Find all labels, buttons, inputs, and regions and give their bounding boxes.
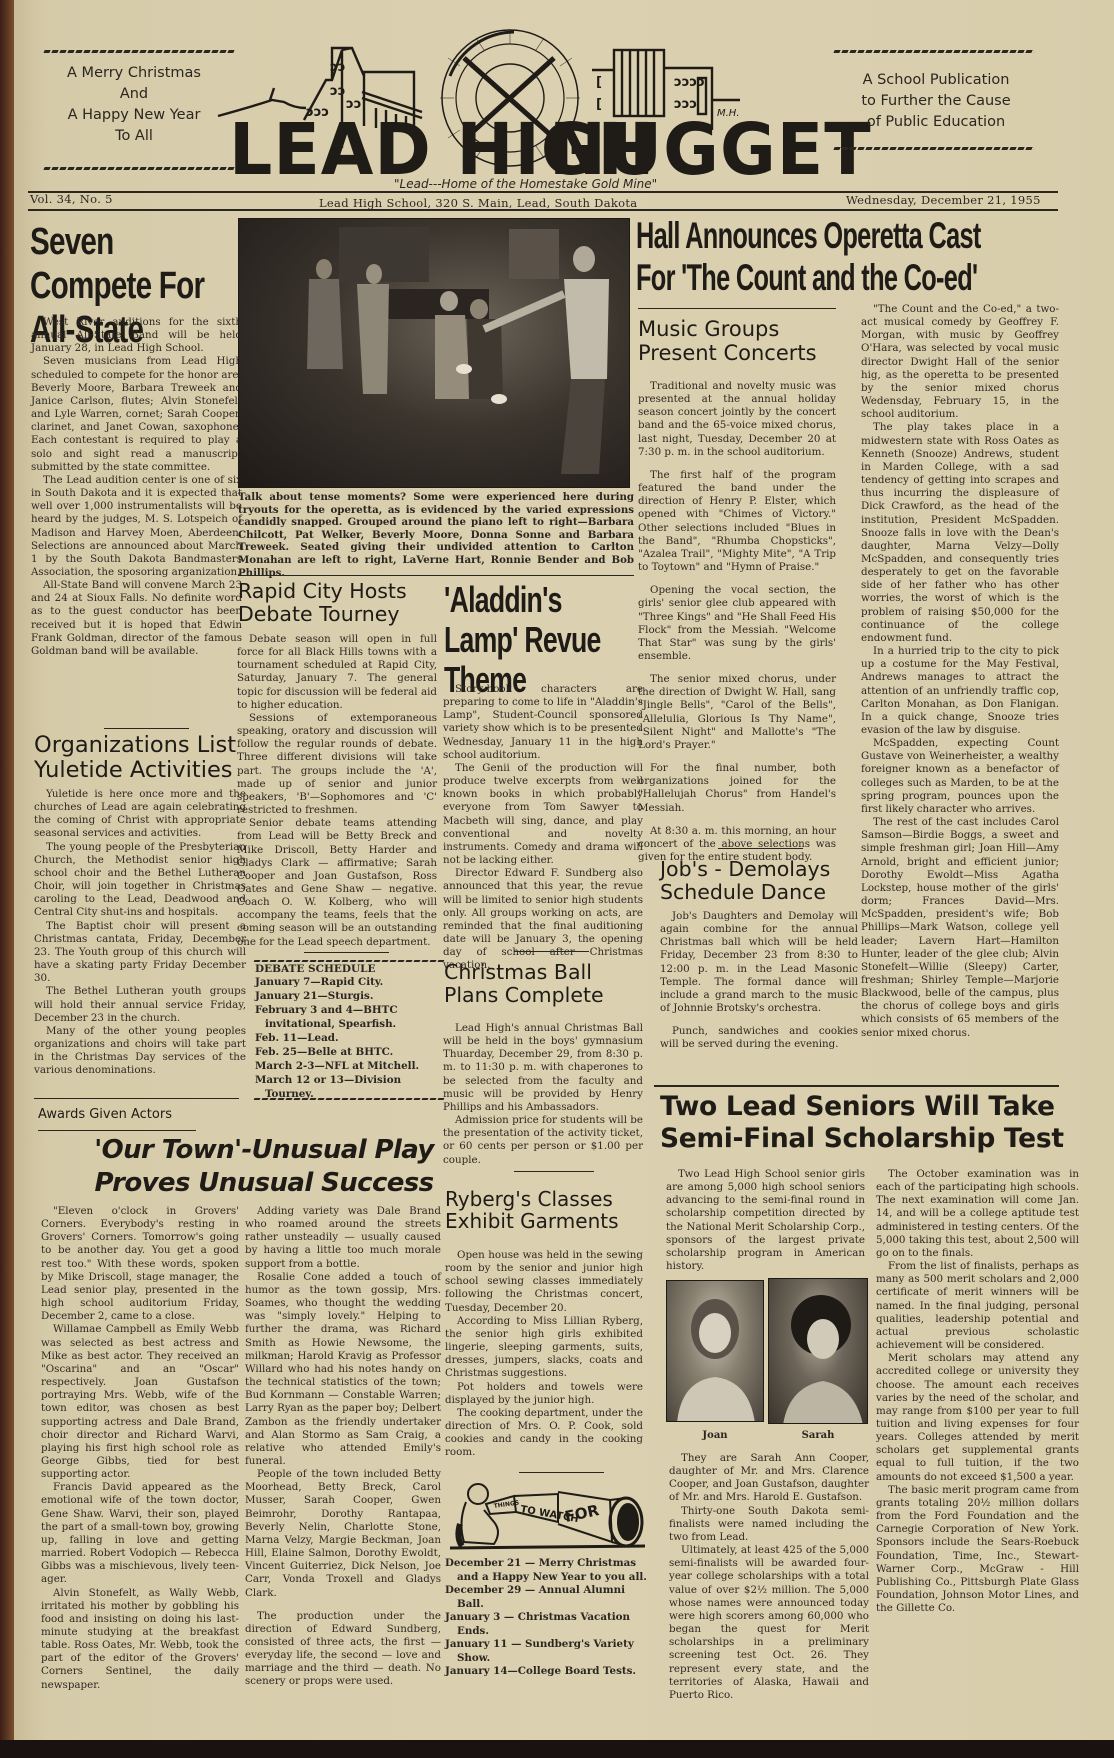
article-divider (514, 951, 589, 952)
paragraph: The first half of the program featured t… (638, 469, 836, 574)
ear-line: A Merry Christmas (34, 63, 234, 84)
ear-rule-top-right (833, 50, 1034, 53)
paragraph: Sessions of extemporaneous speaking, ora… (237, 712, 437, 817)
paragraph: Admission price for students will be the… (443, 1114, 643, 1167)
paragraph: Adding variety was Dale Brand who roamed… (245, 1205, 441, 1271)
paragraph: Story-book characters are preparing to c… (443, 683, 643, 762)
paragraph: Debate season will open in full force fo… (237, 633, 437, 712)
photo-caption: Talk about tense moments? Some were expe… (238, 491, 634, 579)
kicker-rule-bottom (38, 1130, 196, 1131)
schedule-item: March 2-3—NFL at Mitchell. (255, 1059, 447, 1073)
article-scholarship-col2: The October examination was in each of t… (876, 1168, 1079, 1615)
schedule-rule-bottom (254, 1098, 445, 1100)
paragraph: Pot holders and towels were displayed by… (445, 1381, 643, 1407)
paragraph: The October examination was in each of t… (876, 1168, 1079, 1260)
headline-divider (638, 308, 836, 309)
school-address: Lead High School, 320 S. Main, Lead, Sou… (319, 196, 637, 210)
headline-jobs-demolays: Job's - Demolays Schedule Dance (660, 858, 870, 904)
volume-number: Vol. 34, No. 5 (30, 192, 113, 206)
paragraph: The Lead audition center is one of six i… (31, 474, 242, 579)
watch-item: December 29 — Annual Alumni Ball. (445, 1584, 650, 1611)
schedule-item: February 3 and 4—BHTC invitational, Spea… (255, 1003, 447, 1031)
paragraph: From the list of finalists, perhaps as m… (876, 1260, 1079, 1352)
headline-operetta: Hall Announces Operetta Cast For 'The Co… (636, 215, 1020, 299)
svg-text:ɔɔ: ɔɔ (330, 60, 345, 75)
paragraph: The Baptist choir will present a Christm… (34, 920, 246, 986)
paragraph: They are Sarah Ann Cooper, daughter of M… (669, 1452, 869, 1505)
article-our-town-col1: "Eleven o'clock in Grovers' Corners. Eve… (41, 1205, 239, 1692)
headline-aladdin: 'Aladdin's Lamp' Revue Theme (444, 580, 636, 700)
ear-line: A School Publication (836, 70, 1036, 91)
photo-label-joan: Joan (666, 1430, 764, 1441)
watch-item: January 3 — Christmas Vacation Ends. (445, 1611, 650, 1638)
article-operetta: "The Count and the Co-ed," a two-act mus… (861, 303, 1059, 1040)
folio-rule-bottom (28, 209, 1058, 211)
article-divider (304, 952, 389, 953)
right-ear: A School Publication to Further the Caus… (836, 70, 1036, 133)
paragraph: Many of the other young peoples organiza… (34, 1025, 246, 1078)
paragraph: Ultimately, at least 425 of the 5,000 se… (669, 1544, 869, 1702)
headline-ryberg: Ryberg's Classes Exhibit Garments (445, 1188, 645, 1233)
headline-christmas-ball: Christmas Ball Plans Complete (444, 961, 644, 1007)
paragraph: Punch, sandwiches and cookies will be se… (660, 1025, 858, 1051)
article-divider (514, 1171, 594, 1172)
paragraph: Rosalie Cone added a touch of humor as t… (245, 1271, 441, 1468)
headline-yuletide: Organizations List Yuletide Activities (34, 733, 249, 783)
paragraph: Job's Daughters and Demolay will again c… (660, 910, 858, 1015)
paragraph: Yuletide is here once more and the churc… (34, 788, 246, 841)
paragraph: For the final number, both organizations… (638, 762, 836, 815)
ear-rule-bottom-right (833, 147, 1034, 150)
paragraph: The production under the direction of Ed… (245, 1610, 441, 1689)
things-to-watch-for-telescope-icon: THINGS TO WATCH FOR (450, 1482, 650, 1552)
ear-line: to Further the Cause (836, 91, 1036, 112)
schedule-rule-top (254, 960, 445, 962)
svg-text:ɔɔ: ɔɔ (330, 84, 345, 99)
paragraph: The young people of the Presbyterian Chu… (34, 841, 246, 920)
article-debate: Debate season will open in full force fo… (237, 633, 437, 949)
schedule-item: March 12 or 13—Division Tourney. (255, 1073, 447, 1101)
paragraph: Open house was held in the sewing room b… (445, 1249, 643, 1315)
kicker-awards: Awards Given Actors (38, 1108, 172, 1123)
article-our-town-col2: Adding variety was Dale Brand who roamed… (245, 1205, 441, 1689)
paragraph: Seven musicians from Lead High scheduled… (31, 355, 242, 473)
paragraph: The play takes place in a midwestern sta… (861, 421, 1059, 645)
paragraph: Merit scholars may attend any accredited… (876, 1352, 1079, 1484)
section-divider (654, 1085, 1059, 1087)
article-music-groups: Traditional and novelty music was presen… (638, 380, 836, 864)
headline-debate: Rapid City Hosts Debate Tourney (238, 580, 438, 626)
article-divider (104, 728, 189, 729)
paragraph: Francis David appeared as the emotional … (41, 1481, 239, 1586)
paragraph: According to Miss Lillian Ryberg, the se… (445, 1315, 643, 1381)
banner-word: FOR (563, 1501, 601, 1526)
masthead-title-right: NUGGET (549, 115, 872, 186)
article-christmas-ball: Lead High's annual Christmas Ball will b… (443, 1022, 643, 1167)
article-divider (519, 1472, 604, 1473)
photo-people-icon (239, 219, 630, 488)
paragraph: The basic merit program came from grants… (876, 1484, 1079, 1616)
schedule-item: January 7—Rapid City. (255, 975, 447, 989)
paragraph: Senior debate teams attending from Lead … (237, 817, 437, 949)
ear-line: And (34, 84, 234, 105)
paragraph: The senior mixed chorus, under the direc… (638, 673, 836, 752)
caption-divider (238, 575, 634, 576)
paragraph: All-State Band will convene March 23 and… (31, 579, 242, 658)
joan-portrait-photo (666, 1280, 764, 1422)
operetta-tryouts-photo (238, 218, 630, 488)
left-ear: A Merry Christmas And A Happy New Year T… (34, 63, 234, 147)
debate-schedule: DEBATE SCHEDULE January 7—Rapid City. Ja… (255, 963, 447, 1101)
svg-text:[: [ (596, 75, 602, 90)
portrait-icon (667, 1281, 764, 1422)
paragraph: Two Lead High School senior girls are am… (666, 1168, 865, 1273)
paragraph: West River auditions for the sixth annua… (31, 316, 242, 355)
paragraph: The cooking department, under the direct… (445, 1407, 643, 1460)
paragraph: Alvin Stonefelt, as Wally Webb, irritate… (41, 1587, 239, 1692)
photo-label-sarah: Sarah (768, 1430, 868, 1441)
ear-rule-bottom (43, 167, 234, 170)
paragraph: People of the town included Betty Moorhe… (245, 1468, 441, 1600)
paragraph: McSpadden, expecting Count Gustave von W… (861, 737, 1059, 816)
issue-date: Wednesday, December 21, 1955 (846, 193, 1041, 207)
paragraph: "The Count and the Co-ed," a two-act mus… (861, 303, 1059, 421)
schedule-item: Feb. 25—Belle at BHTC. (255, 1045, 447, 1059)
headline-music-groups: Music Groups Present Concerts (638, 318, 848, 365)
schedule-item: Feb. 11—Lead. (255, 1031, 447, 1045)
paragraph: Willamae Campbell as Emily Webb was sele… (41, 1323, 239, 1481)
things-to-watch-list: December 21 — Merry Christmas and a Happ… (445, 1557, 650, 1679)
article-yuletide: Yuletide is here once more and the churc… (34, 788, 246, 1077)
ear-line: To All (34, 126, 234, 147)
article-all-state: West River auditions for the sixth annua… (31, 316, 242, 658)
watch-item: January 11 — Sundberg's Variety Show. (445, 1638, 650, 1665)
ear-line: of Public Education (836, 112, 1036, 133)
article-aladdin: Story-book characters are preparing to c… (443, 683, 643, 972)
schedule-title: DEBATE SCHEDULE (255, 963, 447, 975)
article-jobs-demolays: Job's Daughters and Demolay will again c… (660, 910, 858, 1052)
paragraph: Director Edward F. Sundberg also announc… (443, 867, 643, 972)
schedule-item: January 21—Sturgis. (255, 989, 447, 1003)
paragraph: Thirty-one South Dakota semi-finalists w… (669, 1505, 869, 1544)
paragraph: Lead High's annual Christmas Ball will b… (443, 1022, 643, 1114)
svg-text:ɔɔɔɔ: ɔɔɔɔ (674, 75, 705, 90)
watch-item: January 14—College Board Tests. (445, 1665, 650, 1679)
portrait-icon (769, 1279, 868, 1424)
paragraph: "Eleven o'clock in Grovers' Corners. Eve… (41, 1205, 239, 1323)
paragraph: In a hurried trip to the city to pick up… (861, 645, 1059, 737)
newspaper-page: A Merry Christmas And A Happy New Year T… (14, 0, 1114, 1740)
ear-rule-top (43, 50, 234, 53)
headline-our-town: 'Our Town'-Unusual Play Proves Unusual S… (74, 1134, 454, 1200)
watch-item: December 21 — Merry Christmas and a Happ… (445, 1557, 650, 1584)
binding-edge (0, 0, 14, 1758)
paragraph: The Genii of the production will produce… (443, 762, 643, 867)
paragraph: The Bethel Lutheran youth groups will ho… (34, 985, 246, 1024)
kicker-rule-top (34, 1098, 239, 1099)
ear-line: A Happy New Year (34, 105, 234, 126)
headline-scholarship: Two Lead Seniors Will Take Semi-Final Sc… (660, 1091, 1114, 1155)
article-scholarship-intro: Two Lead High School senior girls are am… (666, 1168, 865, 1273)
page-bottom-edge (0, 1740, 1114, 1758)
sarah-portrait-photo (768, 1278, 868, 1424)
paragraph: Traditional and novelty music was presen… (638, 380, 836, 459)
article-ryberg: Open house was held in the sewing room b… (445, 1249, 643, 1460)
paragraph: The rest of the cast includes Carol Sams… (861, 816, 1059, 1040)
article-divider (718, 848, 803, 849)
paragraph: Opening the vocal section, the girls' se… (638, 584, 836, 663)
article-scholarship-col1: They are Sarah Ann Cooper, daughter of M… (669, 1452, 869, 1702)
masthead-motto: "Lead---Home of the Homestake Gold Mine" (394, 177, 657, 191)
